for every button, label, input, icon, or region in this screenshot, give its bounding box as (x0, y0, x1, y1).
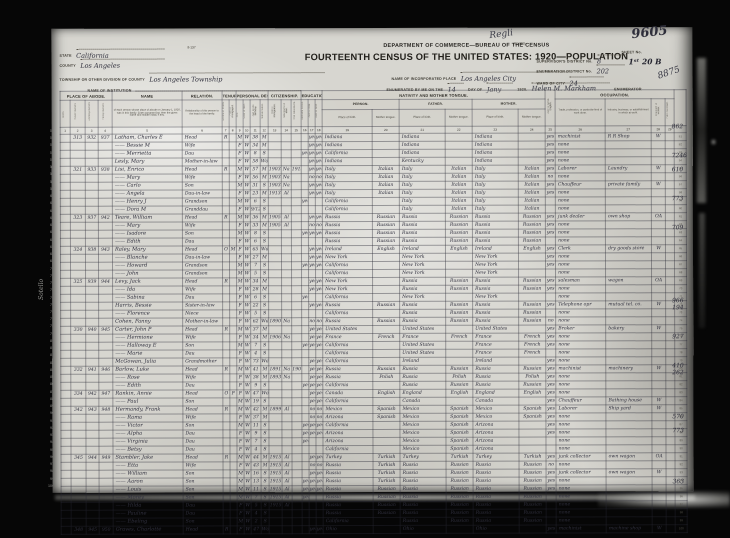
census-cell (60, 166, 70, 174)
census-cell: S (261, 502, 269, 510)
census-cell: none (556, 493, 606, 501)
census-cell (98, 190, 112, 198)
census-cell (268, 134, 281, 142)
census-cell (606, 285, 652, 293)
census-cell: F (237, 414, 244, 422)
col-7: Owned or rented. (222, 100, 229, 127)
census-cell (545, 197, 555, 205)
right-line-number: 93 (675, 469, 687, 477)
census-cell: none (556, 429, 606, 437)
right-line-number: 63 (675, 229, 687, 237)
census-cell (546, 445, 556, 453)
census-cell (71, 502, 86, 510)
census-cell (445, 149, 472, 157)
census-cell: Graves, Charlotte (113, 526, 183, 534)
census-cell: Russia (400, 477, 446, 485)
census-cell (666, 293, 675, 301)
census-cell (292, 454, 302, 462)
census-cell (316, 310, 323, 318)
census-cell: Russia (322, 214, 372, 222)
census-cell (60, 254, 70, 262)
census-cell: Russia (473, 285, 519, 293)
census-cell: 1906 (269, 334, 282, 342)
census-cell (652, 413, 666, 421)
census-cell: Head (182, 214, 222, 222)
census-cell: W (244, 358, 251, 366)
census-cell: Russia (400, 317, 446, 325)
census-cell: 36 (250, 214, 260, 222)
census-cell: 321 (70, 166, 85, 174)
scanner-dust-dot (712, 140, 715, 144)
census-cell (652, 229, 666, 237)
census-cell: Italy (399, 189, 445, 197)
census-cell: 950 (99, 526, 113, 534)
census-cell: M (260, 166, 268, 174)
col-number-28: 28 (651, 126, 665, 133)
census-cell: French (519, 333, 546, 341)
census-cell (546, 493, 556, 501)
census-cell (86, 478, 99, 486)
census-cell (70, 158, 85, 166)
census-cell: 33 (250, 222, 260, 230)
census-cell: Al (282, 454, 292, 462)
census-cell: Russia (472, 221, 518, 229)
census-cell: Head (183, 326, 223, 334)
census-cell (223, 350, 230, 358)
census-cell (652, 485, 666, 493)
right-line-number: 51 (674, 133, 686, 141)
census-cell: Head (182, 134, 222, 142)
sheet-label: SHEET No. (621, 50, 642, 54)
census-cell: yes (316, 326, 323, 334)
census-cell: Italian (372, 165, 399, 173)
census-cell: Russia (323, 301, 373, 309)
census-cell (223, 286, 230, 294)
census-cell: Spanish (519, 405, 546, 413)
census-cell: Lisi, Enrico (112, 166, 182, 174)
census-cell: Italian (372, 189, 399, 197)
census-cell: machine shop (606, 525, 652, 533)
census-cell: Arizona (323, 413, 373, 421)
census-cell: M (237, 278, 244, 286)
census-cell (666, 469, 675, 477)
census-cell (70, 142, 85, 150)
right-line-number: 60 (675, 205, 687, 213)
census-cell (309, 518, 316, 526)
census-cell (292, 294, 302, 302)
census-cell (71, 374, 86, 382)
census-cell (230, 494, 237, 502)
census-cell: Russia (473, 485, 519, 493)
col-12: Marital status. (260, 100, 268, 127)
census-cell: 2 (251, 518, 261, 526)
census-cell (85, 158, 98, 166)
census-cell: Spanish (373, 413, 400, 421)
census-cell (605, 189, 651, 197)
census-cell: R (223, 366, 230, 374)
census-cell (71, 318, 86, 326)
census-cell: France (400, 333, 446, 341)
census-cell (606, 221, 652, 229)
census-cell (652, 349, 666, 357)
col-number-2: 2 (70, 127, 85, 134)
right-line-number: 77 (675, 341, 687, 349)
census-cell: 1913 (291, 166, 301, 174)
census-cell: 1915 (269, 470, 282, 478)
census-cell: Telephone opr (556, 301, 606, 309)
census-cell (302, 462, 309, 470)
census-cell: Russian (446, 309, 473, 317)
census-cell: Indiana (322, 142, 372, 150)
census-cell (230, 318, 237, 326)
census-cell (85, 182, 98, 190)
nativity-col-4: Place of birth. (472, 109, 518, 126)
census-cell: 944 (86, 454, 99, 462)
census-cell (282, 342, 292, 350)
col-number-1: 1 (60, 127, 70, 134)
census-cell (98, 150, 112, 158)
census-cell: Spanish (446, 429, 473, 437)
census-cell: Chauffeur (555, 181, 605, 189)
census-cell: Turkey (400, 453, 446, 461)
census-cell: yes (309, 430, 316, 438)
census-cell: Russia (400, 301, 446, 309)
census-cell (86, 462, 99, 470)
census-cell: yes (546, 525, 556, 533)
census-cell: Mexico (400, 437, 446, 445)
census-cell: 37 (251, 414, 261, 422)
right-line-number: 95 (675, 485, 687, 493)
census-cell (292, 478, 302, 486)
census-cell: New York (473, 261, 519, 269)
census-cell: 1915 (269, 462, 282, 470)
census-cell: W (243, 190, 250, 198)
census-cell (666, 477, 675, 485)
census-cell: 325 (71, 278, 86, 286)
census-cell (605, 157, 651, 165)
census-cell: Russia (473, 237, 519, 245)
col-number-25: 25 (545, 126, 555, 133)
census-cell: M (261, 374, 269, 382)
census-cell (230, 374, 237, 382)
right-line-number: 55 (674, 165, 686, 173)
census-cell: W (652, 365, 666, 373)
census-cell (666, 389, 675, 397)
census-cell (666, 253, 675, 261)
census-cell: United States (400, 341, 446, 349)
census-cell: —— Victor (113, 422, 183, 430)
right-line-number: 88 (675, 429, 687, 437)
census-cell: no (315, 174, 322, 182)
census-cell: Wife (182, 222, 222, 230)
census-cell: 937 (85, 214, 98, 222)
census-cell: W (244, 438, 251, 446)
census-cell: Russia (323, 485, 373, 493)
census-cell: M (260, 254, 268, 262)
col-number-14: 14 (281, 127, 291, 134)
census-cell: Russia (323, 509, 373, 517)
census-cell (666, 229, 675, 237)
occ-desc-trade: Trade, profession, or particular kind of… (555, 99, 605, 126)
census-cell (546, 237, 556, 245)
census-cell (282, 278, 292, 286)
census-cell: Ohio (473, 525, 519, 533)
census-cell (665, 173, 674, 181)
census-cell: none (556, 253, 606, 261)
census-cell (315, 198, 322, 206)
census-cell: Russian (519, 509, 546, 517)
census-cell (292, 342, 302, 350)
census-cell (292, 526, 302, 534)
census-cell (373, 293, 400, 301)
census-cell: 937 (98, 134, 112, 142)
census-cell (61, 486, 71, 494)
census-cell (606, 437, 652, 445)
census-cell: W (244, 446, 251, 454)
census-cell (61, 350, 71, 358)
census-cell (85, 142, 98, 150)
census-cell: Na (282, 318, 292, 326)
census-cell: Russia (400, 277, 446, 285)
census-cell: —— Mary (112, 222, 182, 230)
census-cell: yes (316, 334, 323, 342)
census-cell (666, 381, 675, 389)
census-cell (652, 389, 666, 397)
census-cell: 47 (251, 390, 261, 398)
census-cell: yes (302, 478, 309, 486)
census-cell (223, 262, 230, 270)
census-cell: S (261, 486, 269, 494)
census-cell: Russia (399, 221, 445, 229)
census-cell (99, 302, 113, 310)
census-cell (230, 294, 237, 302)
census-cell: W (244, 294, 251, 302)
census-cell (316, 494, 323, 502)
census-cell (99, 358, 113, 366)
census-cell (316, 518, 323, 526)
census-cell (519, 269, 546, 277)
census-cell: yes (309, 326, 316, 334)
census-cell: yes (309, 278, 316, 286)
census-cell: Dau (182, 150, 222, 158)
census-cell: Na (282, 366, 292, 374)
census-cell: S (261, 350, 269, 358)
census-cell (292, 430, 302, 438)
census-cell: 47 (251, 526, 261, 534)
census-cell: none (556, 357, 606, 365)
census-cell: Italy (399, 197, 445, 205)
census-cell (230, 358, 237, 366)
census-cell (666, 397, 675, 405)
census-cell: W (244, 518, 251, 526)
census-cell: Italian (445, 165, 472, 173)
census-cell: 11 (251, 422, 261, 430)
census-cell: yes (546, 429, 556, 437)
census-cell: English (446, 245, 473, 253)
census-cell (86, 494, 99, 502)
census-cell: W (244, 478, 251, 486)
census-cell (223, 358, 230, 366)
census-cell (223, 486, 230, 494)
census-cell (223, 510, 230, 518)
census-cell: M (237, 486, 244, 494)
census-cell (61, 398, 71, 406)
col-number-10: 10 (243, 127, 250, 134)
census-cell (268, 206, 281, 214)
census-cell (86, 318, 99, 326)
census-cell (86, 286, 99, 294)
census-cell (86, 374, 99, 382)
census-cell (292, 390, 302, 398)
census-cell (268, 142, 281, 150)
census-cell: F (237, 390, 244, 398)
census-cell (518, 133, 545, 141)
census-cell: Son (183, 342, 223, 350)
census-cell: yes (316, 382, 323, 390)
census-cell (223, 294, 230, 302)
census-cell: yes (308, 182, 315, 190)
census-cell (229, 174, 236, 182)
census-cell (99, 350, 113, 358)
census-cell (86, 422, 99, 430)
census-cell: 933 (85, 166, 98, 174)
census-cell: none (556, 421, 606, 429)
census-cell (446, 325, 473, 333)
census-cell (372, 197, 399, 205)
census-cell: Russia (472, 213, 518, 221)
census-cell (85, 190, 98, 198)
census-cell: junk collector (556, 469, 606, 477)
census-cell (309, 502, 316, 510)
census-cell: yes (309, 334, 316, 342)
census-cell: Russian (373, 493, 400, 501)
census-cell: 938 (98, 166, 112, 174)
census-cell: W (651, 165, 665, 173)
census-cell: yes (546, 485, 556, 493)
census-cell (302, 310, 309, 318)
census-cell: yes (546, 397, 556, 405)
census-cell (230, 262, 237, 270)
census-cell: New York (400, 269, 446, 277)
census-cell (268, 254, 281, 262)
census-cell: yes (316, 286, 323, 294)
census-cell: machinist (555, 133, 605, 141)
census-cell (281, 254, 291, 262)
census-cell: W (243, 246, 250, 254)
census-cell: W (243, 182, 250, 190)
census-cell: Ohio (400, 525, 446, 533)
census-cell (61, 414, 71, 422)
census-cell: New York (323, 253, 373, 261)
census-cell: M (236, 166, 243, 174)
census-cell (372, 157, 399, 165)
census-cell (666, 349, 675, 357)
census-cell: —— Edith (113, 382, 183, 390)
census-cell (292, 518, 302, 526)
census-cell: yes (546, 469, 556, 477)
census-cell: 932 (85, 134, 98, 142)
census-cell: S (260, 238, 268, 246)
census-cell: Russian (446, 501, 473, 509)
census-cell: yes (309, 486, 316, 494)
census-cell (61, 286, 71, 294)
census-cell (282, 446, 292, 454)
census-cell: Turkish (373, 453, 400, 461)
census-cell (373, 253, 400, 261)
census-cell: W (244, 494, 251, 502)
census-cell: Russian (446, 237, 473, 245)
census-cell: S (261, 302, 269, 310)
census-cell (652, 333, 666, 341)
census-cell (61, 454, 71, 462)
census-cell (230, 414, 237, 422)
census-cell (281, 198, 291, 206)
census-cell (546, 309, 556, 317)
census-cell: Head (182, 246, 222, 254)
census-cell: yes (546, 365, 556, 373)
census-cell: 38 (250, 134, 260, 142)
census-cell: Italy (322, 182, 372, 190)
census-cell: O (222, 246, 229, 254)
census-cell: Dau (183, 438, 223, 446)
census-cell (98, 222, 112, 230)
census-cell: yes (316, 246, 323, 254)
census-cell (86, 414, 99, 422)
census-cell: California (322, 198, 372, 206)
census-cell (652, 421, 666, 429)
census-cell: M (236, 134, 243, 142)
census-cell (652, 293, 666, 301)
census-cell: S (261, 422, 269, 430)
census-cell (61, 278, 71, 286)
census-cell: 345 (71, 454, 86, 462)
census-cell (223, 438, 230, 446)
census-cell: yes (545, 141, 555, 149)
census-cell (61, 446, 71, 454)
census-cell: S (261, 342, 269, 350)
census-cell (223, 270, 230, 278)
census-cell (99, 310, 113, 318)
census-cell: W (243, 134, 250, 142)
census-cell (282, 302, 292, 310)
census-cell: Hermandy, Frank (113, 406, 183, 414)
census-cell (309, 294, 316, 302)
census-cell (229, 190, 236, 198)
nativity-col-1: Mother tongue. (372, 109, 399, 126)
census-cell: F (237, 294, 244, 302)
census-cell: —— Sabina (113, 294, 183, 302)
census-cell: F (237, 502, 244, 510)
census-cell: 1899 (269, 406, 282, 414)
census-cell (373, 285, 400, 293)
census-cell: Indiana (322, 134, 372, 142)
census-cell: F (236, 158, 243, 166)
census-cell: 9/12 (250, 206, 260, 214)
census-cell: United States (400, 325, 446, 333)
census-cell: none (555, 149, 605, 157)
census-cell: yes (302, 438, 309, 446)
census-cell: yes (302, 382, 309, 390)
census-cell: Son (183, 478, 223, 486)
census-cell: M (261, 366, 269, 374)
census-cell: Spanish (446, 445, 473, 453)
census-cell (309, 510, 316, 518)
census-cell: 1915 (269, 502, 282, 510)
census-cell: M (261, 334, 269, 342)
census-cell: W (244, 422, 251, 430)
census-cell (223, 430, 230, 438)
census-cell (292, 494, 302, 502)
